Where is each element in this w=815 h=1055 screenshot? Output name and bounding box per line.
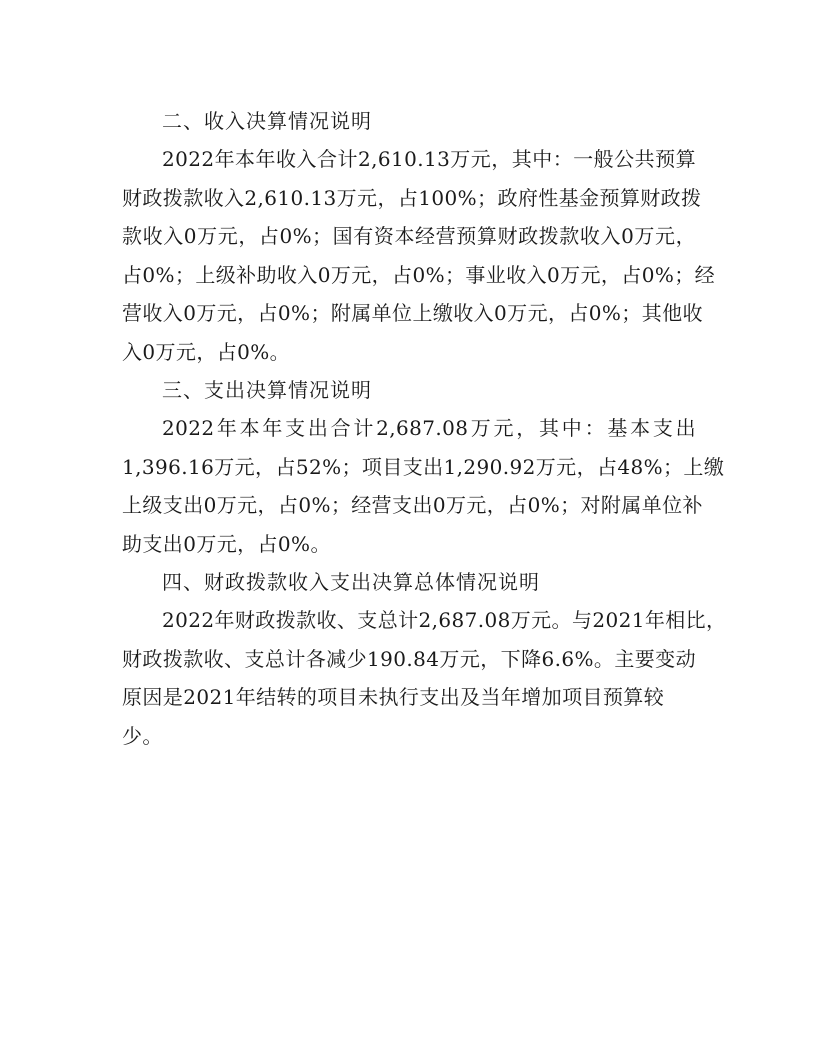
text-line: 2022年本年收入合计2,610.13万元，其中：一般公共预算 [122,140,696,179]
section-heading-fiscal-overview: 四、财政拨款收入支出决算总体情况说明 [122,563,696,601]
section-fiscal-overview: 四、财政拨款收入支出决算总体情况说明 2022年财政拨款收、支总计2,687.0… [122,563,696,755]
section-expenditure: 三、支出决算情况说明 2022年本年支出合计2,687.08万元，其中：基本支出… [122,371,696,563]
text-line: 2022年财政拨款收、支总计2,687.08万元。与2021年相比， [122,601,696,640]
section-heading-income: 二、收入决算情况说明 [122,102,696,140]
document-page: 二、收入决算情况说明 2022年本年收入合计2,610.13万元，其中：一般公共… [122,102,696,755]
section-income: 二、收入决算情况说明 2022年本年收入合计2,610.13万元，其中：一般公共… [122,102,696,371]
text-line: 款收入0万元，占0%；国有资本经营预算财政拨款收入0万元， [122,217,696,256]
text-line: 少。 [122,717,696,756]
text-line: 助支出0万元，占0%。 [122,525,696,564]
expenditure-paragraph: 2022年本年支出合计2,687.08万元，其中：基本支出 1,396.16万元… [122,409,696,563]
text-line: 2022年本年支出合计2,687.08万元，其中：基本支出 [122,409,696,448]
text-line: 原因是2021年结转的项目未执行支出及当年增加项目预算较 [122,678,696,717]
text-line: 占0%；上级补助收入0万元，占0%；事业收入0万元，占0%；经 [122,256,696,295]
text-line: 上级支出0万元，占0%；经营支出0万元，占0%；对附属单位补 [122,486,696,525]
fiscal-overview-paragraph: 2022年财政拨款收、支总计2,687.08万元。与2021年相比， 财政拨款收… [122,601,696,755]
text-line: 入0万元，占0%。 [122,333,696,372]
text-line: 财政拨款收入2,610.13万元，占100%；政府性基金预算财政拨 [122,179,696,218]
text-line: 营收入0万元，占0%；附属单位上缴收入0万元，占0%；其他收 [122,294,696,333]
income-paragraph: 2022年本年收入合计2,610.13万元，其中：一般公共预算 财政拨款收入2,… [122,140,696,371]
text-line: 1,396.16万元，占52%；项目支出1,290.92万元，占48%；上缴 [122,448,696,487]
text-line: 财政拨款收、支总计各减少190.84万元，下降6.6%。主要变动 [122,640,696,679]
section-heading-expenditure: 三、支出决算情况说明 [122,371,696,409]
